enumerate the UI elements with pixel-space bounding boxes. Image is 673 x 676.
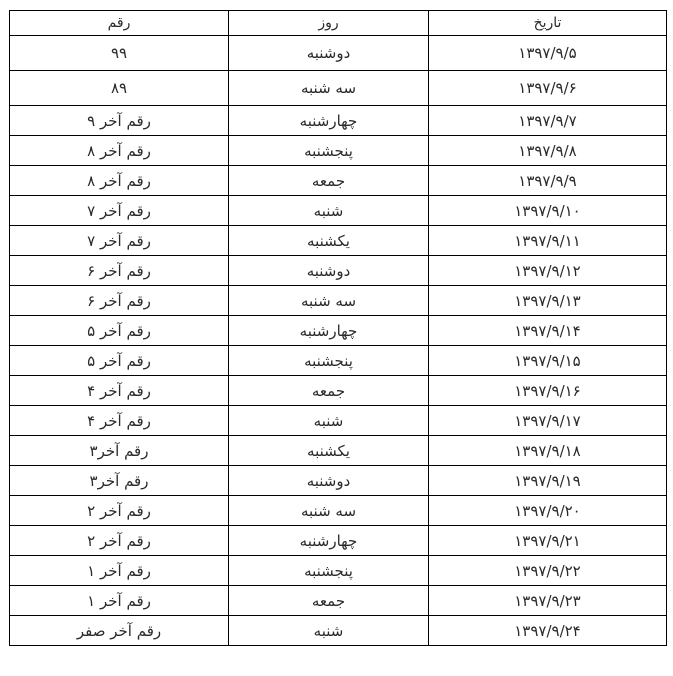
cell-number: رقم آخر ۱	[10, 586, 229, 616]
table-row: ۱۳۹۷/۹/۲۲ پنجشنبه رقم آخر ۱	[10, 556, 667, 586]
table-row: ۱۳۹۷/۹/۹ جمعه رقم آخر ۸	[10, 166, 667, 196]
cell-number: رقم آخر ۸	[10, 166, 229, 196]
table-body: ۱۳۹۷/۹/۵ دوشنبه ۹۹ ۱۳۹۷/۹/۶ سه شنبه ۸۹ ۱…	[10, 36, 667, 646]
cell-day: یکشنبه	[229, 226, 429, 256]
cell-date: ۱۳۹۷/۹/۲۲	[429, 556, 667, 586]
cell-day: دوشنبه	[229, 36, 429, 71]
cell-date: ۱۳۹۷/۹/۲۳	[429, 586, 667, 616]
cell-number: رقم آخر ۷	[10, 226, 229, 256]
table-row: ۱۳۹۷/۹/۱۰ شنبه رقم آخر ۷	[10, 196, 667, 226]
cell-day: سه شنبه	[229, 496, 429, 526]
table-row: ۱۳۹۷/۹/۲۴ شنبه رقم آخر صفر	[10, 616, 667, 646]
cell-date: ۱۳۹۷/۹/۲۰	[429, 496, 667, 526]
cell-number: رقم آخر ۶	[10, 286, 229, 316]
cell-date: ۱۳۹۷/۹/۷	[429, 106, 667, 136]
cell-day: چهارشنبه	[229, 526, 429, 556]
cell-day: شنبه	[229, 196, 429, 226]
cell-number: رقم آخر ۴	[10, 376, 229, 406]
header-date: تاریخ	[429, 11, 667, 36]
cell-date: ۱۳۹۷/۹/۲۴	[429, 616, 667, 646]
cell-date: ۱۳۹۷/۹/۸	[429, 136, 667, 166]
cell-date: ۱۳۹۷/۹/۱۹	[429, 466, 667, 496]
cell-date: ۱۳۹۷/۹/۹	[429, 166, 667, 196]
cell-date: ۱۳۹۷/۹/۱۶	[429, 376, 667, 406]
cell-day: جمعه	[229, 166, 429, 196]
cell-number: رقم آخر ۹	[10, 106, 229, 136]
cell-day: جمعه	[229, 376, 429, 406]
table-row: ۱۳۹۷/۹/۱۲ دوشنبه رقم آخر ۶	[10, 256, 667, 286]
cell-date: ۱۳۹۷/۹/۵	[429, 36, 667, 71]
table-row: ۱۳۹۷/۹/۱۳ سه شنبه رقم آخر ۶	[10, 286, 667, 316]
cell-day: پنجشنبه	[229, 136, 429, 166]
table-row: ۱۳۹۷/۹/۱۴ چهارشنبه رقم آخر ۵	[10, 316, 667, 346]
cell-number: رقم آخر ۷	[10, 196, 229, 226]
cell-date: ۱۳۹۷/۹/۱۳	[429, 286, 667, 316]
cell-date: ۱۳۹۷/۹/۱۱	[429, 226, 667, 256]
cell-number: رقم آخر ۶	[10, 256, 229, 286]
cell-date: ۱۳۹۷/۹/۱۸	[429, 436, 667, 466]
cell-day: شنبه	[229, 406, 429, 436]
table-row: ۱۳۹۷/۹/۸ پنجشنبه رقم آخر ۸	[10, 136, 667, 166]
cell-date: ۱۳۹۷/۹/۱۲	[429, 256, 667, 286]
table-row: ۱۳۹۷/۹/۱۱ یکشنبه رقم آخر ۷	[10, 226, 667, 256]
table-row: ۱۳۹۷/۹/۱۹ دوشنبه رقم آخر۳	[10, 466, 667, 496]
cell-number: رقم آخر صفر	[10, 616, 229, 646]
cell-number: ۹۹	[10, 36, 229, 71]
cell-number: رقم آخر ۲	[10, 526, 229, 556]
cell-date: ۱۳۹۷/۹/۱۷	[429, 406, 667, 436]
table-row: ۱۳۹۷/۹/۲۳ جمعه رقم آخر ۱	[10, 586, 667, 616]
table-row: ۱۳۹۷/۹/۵ دوشنبه ۹۹	[10, 36, 667, 71]
cell-day: پنجشنبه	[229, 346, 429, 376]
cell-number: رقم آخر ۸	[10, 136, 229, 166]
table-row: ۱۳۹۷/۹/۶ سه شنبه ۸۹	[10, 71, 667, 106]
cell-day: سه شنبه	[229, 286, 429, 316]
table-row: ۱۳۹۷/۹/۱۵ پنجشنبه رقم آخر ۵	[10, 346, 667, 376]
cell-date: ۱۳۹۷/۹/۱۵	[429, 346, 667, 376]
schedule-table-container: تاریخ روز رقم ۱۳۹۷/۹/۵ دوشنبه ۹۹ ۱۳۹۷/۹/…	[9, 10, 666, 646]
table-row: ۱۳۹۷/۹/۱۶ جمعه رقم آخر ۴	[10, 376, 667, 406]
table-row: ۱۳۹۷/۹/۷ چهارشنبه رقم آخر ۹	[10, 106, 667, 136]
cell-number: ۸۹	[10, 71, 229, 106]
cell-day: سه شنبه	[229, 71, 429, 106]
cell-day: جمعه	[229, 586, 429, 616]
cell-number: رقم آخر ۲	[10, 496, 229, 526]
table-row: ۱۳۹۷/۹/۲۰ سه شنبه رقم آخر ۲	[10, 496, 667, 526]
cell-day: دوشنبه	[229, 256, 429, 286]
header-day: روز	[229, 11, 429, 36]
cell-date: ۱۳۹۷/۹/۲۱	[429, 526, 667, 556]
cell-number: رقم آخر ۵	[10, 346, 229, 376]
cell-day: چهارشنبه	[229, 106, 429, 136]
table-header-row: تاریخ روز رقم	[10, 11, 667, 36]
cell-day: دوشنبه	[229, 466, 429, 496]
cell-date: ۱۳۹۷/۹/۱۴	[429, 316, 667, 346]
cell-number: رقم آخر ۴	[10, 406, 229, 436]
table-row: ۱۳۹۷/۹/۲۱ چهارشنبه رقم آخر ۲	[10, 526, 667, 556]
cell-number: رقم آخر۳	[10, 466, 229, 496]
cell-number: رقم آخر ۱	[10, 556, 229, 586]
cell-number: رقم آخر ۵	[10, 316, 229, 346]
table-row: ۱۳۹۷/۹/۱۷ شنبه رقم آخر ۴	[10, 406, 667, 436]
cell-day: چهارشنبه	[229, 316, 429, 346]
cell-day: شنبه	[229, 616, 429, 646]
cell-number: رقم آخر۳	[10, 436, 229, 466]
table-row: ۱۳۹۷/۹/۱۸ یکشنبه رقم آخر۳	[10, 436, 667, 466]
cell-day: یکشنبه	[229, 436, 429, 466]
cell-day: پنجشنبه	[229, 556, 429, 586]
schedule-table: تاریخ روز رقم ۱۳۹۷/۹/۵ دوشنبه ۹۹ ۱۳۹۷/۹/…	[9, 10, 667, 646]
cell-date: ۱۳۹۷/۹/۱۰	[429, 196, 667, 226]
header-number: رقم	[10, 11, 229, 36]
cell-date: ۱۳۹۷/۹/۶	[429, 71, 667, 106]
